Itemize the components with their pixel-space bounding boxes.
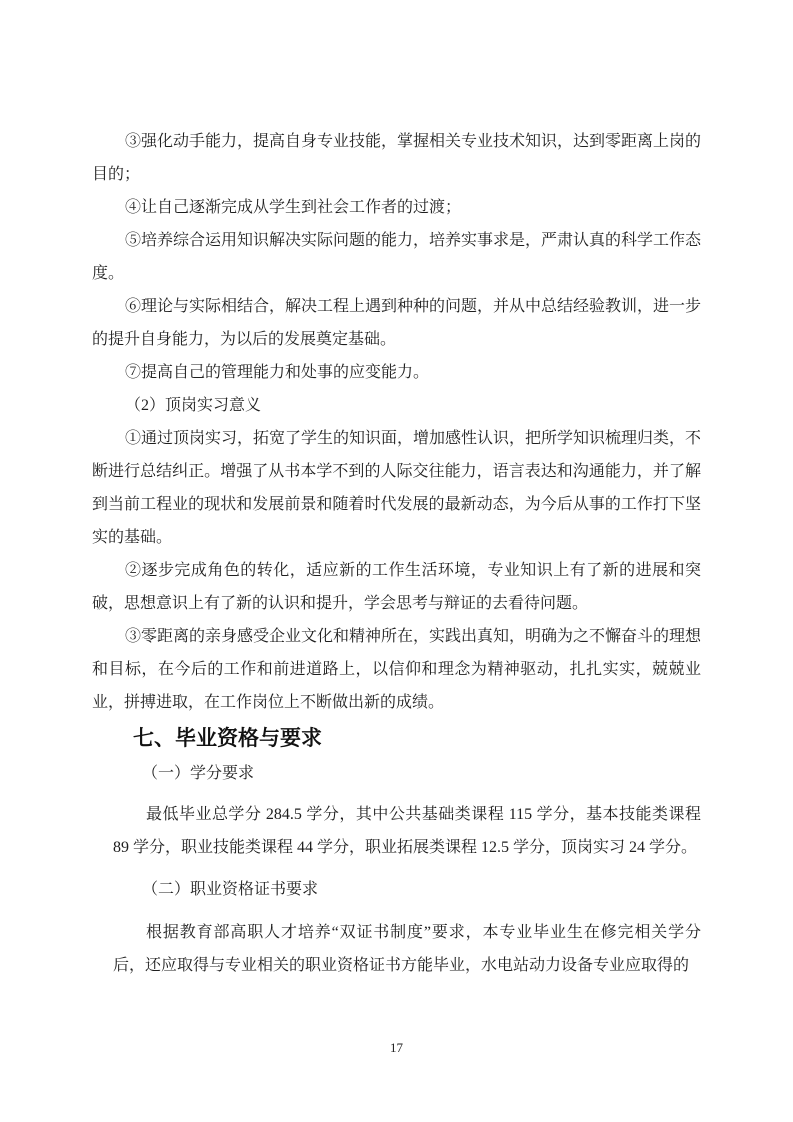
intro-goal-paragraph: ⑥理论与实际相结合，解决工程上遇到种种的问题，并从中总结经验教训，进一步的提升自… <box>92 290 701 356</box>
intro-goal-paragraph: ⑦提高自己的管理能力和处事的应变能力。 <box>92 356 701 389</box>
meaning-paragraph: ①通过顶岗实习，拓宽了学生的知识面，增加感性认识，把所学知识梳理归类，不断进行总… <box>92 422 701 554</box>
intro-goal-paragraph: ⑤培养综合运用知识解决实际问题的能力，培养实事求是，严肃认真的科学工作态度。 <box>92 224 701 290</box>
meaning-paragraph: ③零距离的亲身感受企业文化和精神所在，实践出真知，明确为之不懈奋斗的理想和目标，… <box>92 620 701 719</box>
page-number: 17 <box>0 1040 793 1056</box>
credit-subheading: （一）学分要求 <box>92 757 701 790</box>
intro-goal-paragraph: ③强化动手能力，提高自身专业技能，掌握相关专业技术知识，达到零距离上岗的目的； <box>92 125 701 191</box>
meaning-paragraph: ②逐步完成角色的转化，适应新的工作生活环境，专业知识上有了新的进展和突破，思想意… <box>92 554 701 620</box>
document-page: ③强化动手能力，提高自身专业技能，掌握相关专业技术知识，达到零距离上岗的目的； … <box>0 0 793 1122</box>
cert-subheading: （二）职业资格证书要求 <box>92 873 701 906</box>
page-content: ③强化动手能力，提高自身专业技能，掌握相关专业技术知识，达到零距离上岗的目的； … <box>92 125 701 982</box>
cert-paragraph: 根据教育部高职人才培养“双证书制度”要求，本专业毕业生在修完相关学分后，还应取得… <box>113 916 701 982</box>
intro-goal-paragraph: ④让自己逐渐完成从学生到社会工作者的过渡； <box>92 191 701 224</box>
section-heading: 七、毕业资格与要求 <box>133 721 701 757</box>
meaning-heading: （2）顶岗实习意义 <box>92 389 701 422</box>
credit-paragraph: 最低毕业总学分 284.5 学分，其中公共基础类课程 115 学分，基本技能类课… <box>113 798 701 864</box>
